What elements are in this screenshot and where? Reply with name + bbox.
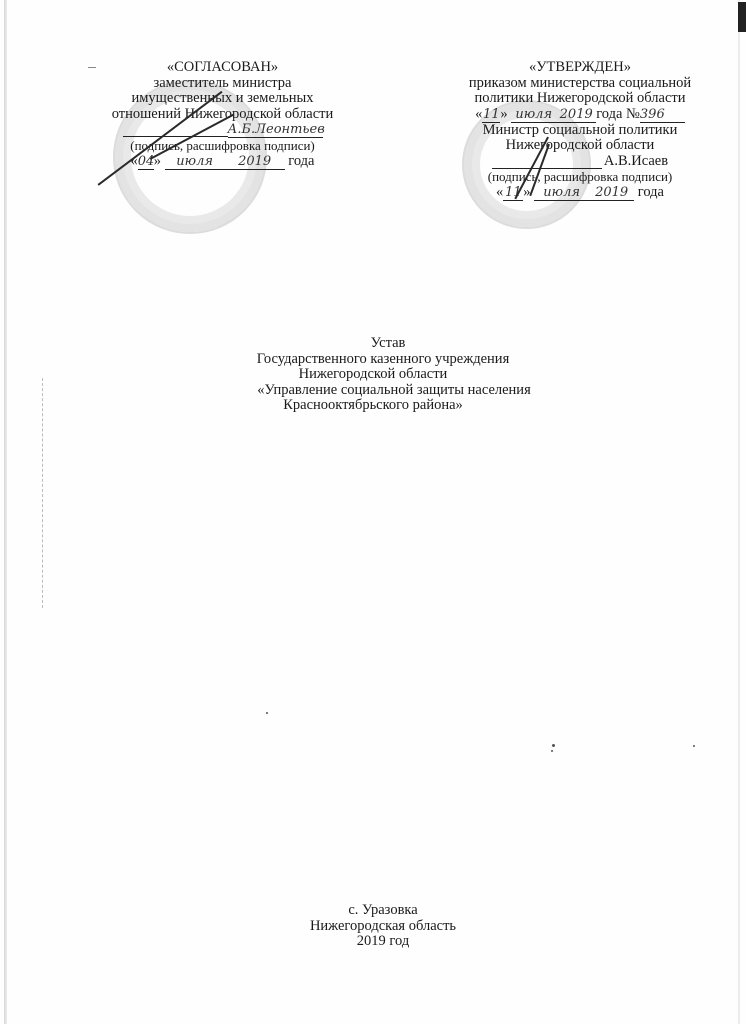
signature-caption: (подпись, расшифровка подписи) (435, 169, 725, 185)
approval-line: имущественных и земельных (95, 91, 350, 107)
scan-edge-right (738, 0, 740, 1024)
order-suffix: года № (596, 106, 640, 122)
quote-close: » (500, 106, 507, 122)
footer-line: 2019 год (20, 934, 746, 950)
document-title: Устав Государственного казенного учрежде… (0, 336, 746, 414)
approval-heading: «СОГЛАСОВАН» (95, 60, 350, 76)
approval-line: политики Нижегородской области (435, 91, 725, 107)
scan-artifact-dot (693, 745, 695, 747)
order-number: 396 (640, 108, 685, 123)
order-month: июля (511, 108, 556, 123)
title-line: Устав (0, 336, 746, 352)
quote-open: « (496, 184, 503, 200)
document-footer: с. Уразовка Нижегородская область 2019 г… (0, 903, 746, 950)
title-line: Государственного казенного учреждения (0, 352, 746, 368)
date-year: 2019 (225, 155, 285, 170)
signature-line: А.В.Исаев (435, 154, 725, 170)
order-day: 11 (482, 108, 500, 123)
scan-corner-mark (738, 2, 746, 32)
title-line: Нижегородской области (0, 367, 746, 383)
position-line: Нижегородской области (435, 138, 725, 154)
approval-block-approved: «УТВЕРЖДЕН» приказом министерства социал… (435, 60, 725, 201)
signature-name: А.Б.Леонтьев (228, 123, 323, 138)
title-line: Краснооктябрьского района» (0, 398, 746, 414)
approval-line: приказом министерства социальной (435, 76, 725, 92)
signature-field (492, 154, 602, 169)
order-date-line: «11» июля2019года №396 (435, 107, 725, 123)
footer-line: Нижегородская область (20, 919, 746, 935)
position-line: Министр социальной политики (435, 123, 725, 139)
date-suffix: года (288, 153, 314, 169)
approval-date: «11» июля2019 года (435, 185, 725, 201)
date-month: июля (534, 186, 589, 201)
approval-heading: «УТВЕРЖДЕН» (435, 60, 725, 76)
date-year: 2019 (589, 186, 634, 201)
title-line: «Управление социальной защиты населения (0, 383, 746, 399)
signature-name: А.В.Исаев (604, 153, 668, 169)
signature-caption: (подпись, расшифровка подписи) (95, 138, 350, 154)
date-month: июля (165, 155, 225, 170)
scan-artifact-dot (552, 744, 555, 747)
quote-open: « (475, 106, 482, 122)
approval-block-agreed: «СОГЛАСОВАН» заместитель министра имущес… (95, 60, 350, 170)
date-suffix: года (638, 184, 664, 200)
order-year: 2019 (556, 108, 596, 123)
scan-edge-left (4, 0, 7, 1024)
signature-line: А.Б.Леонтьев (95, 122, 350, 138)
scan-artifact-dot (266, 712, 268, 714)
footer-line: с. Уразовка (20, 903, 746, 919)
approval-line: заместитель министра (95, 76, 350, 92)
scan-artifact-dot (551, 750, 553, 752)
